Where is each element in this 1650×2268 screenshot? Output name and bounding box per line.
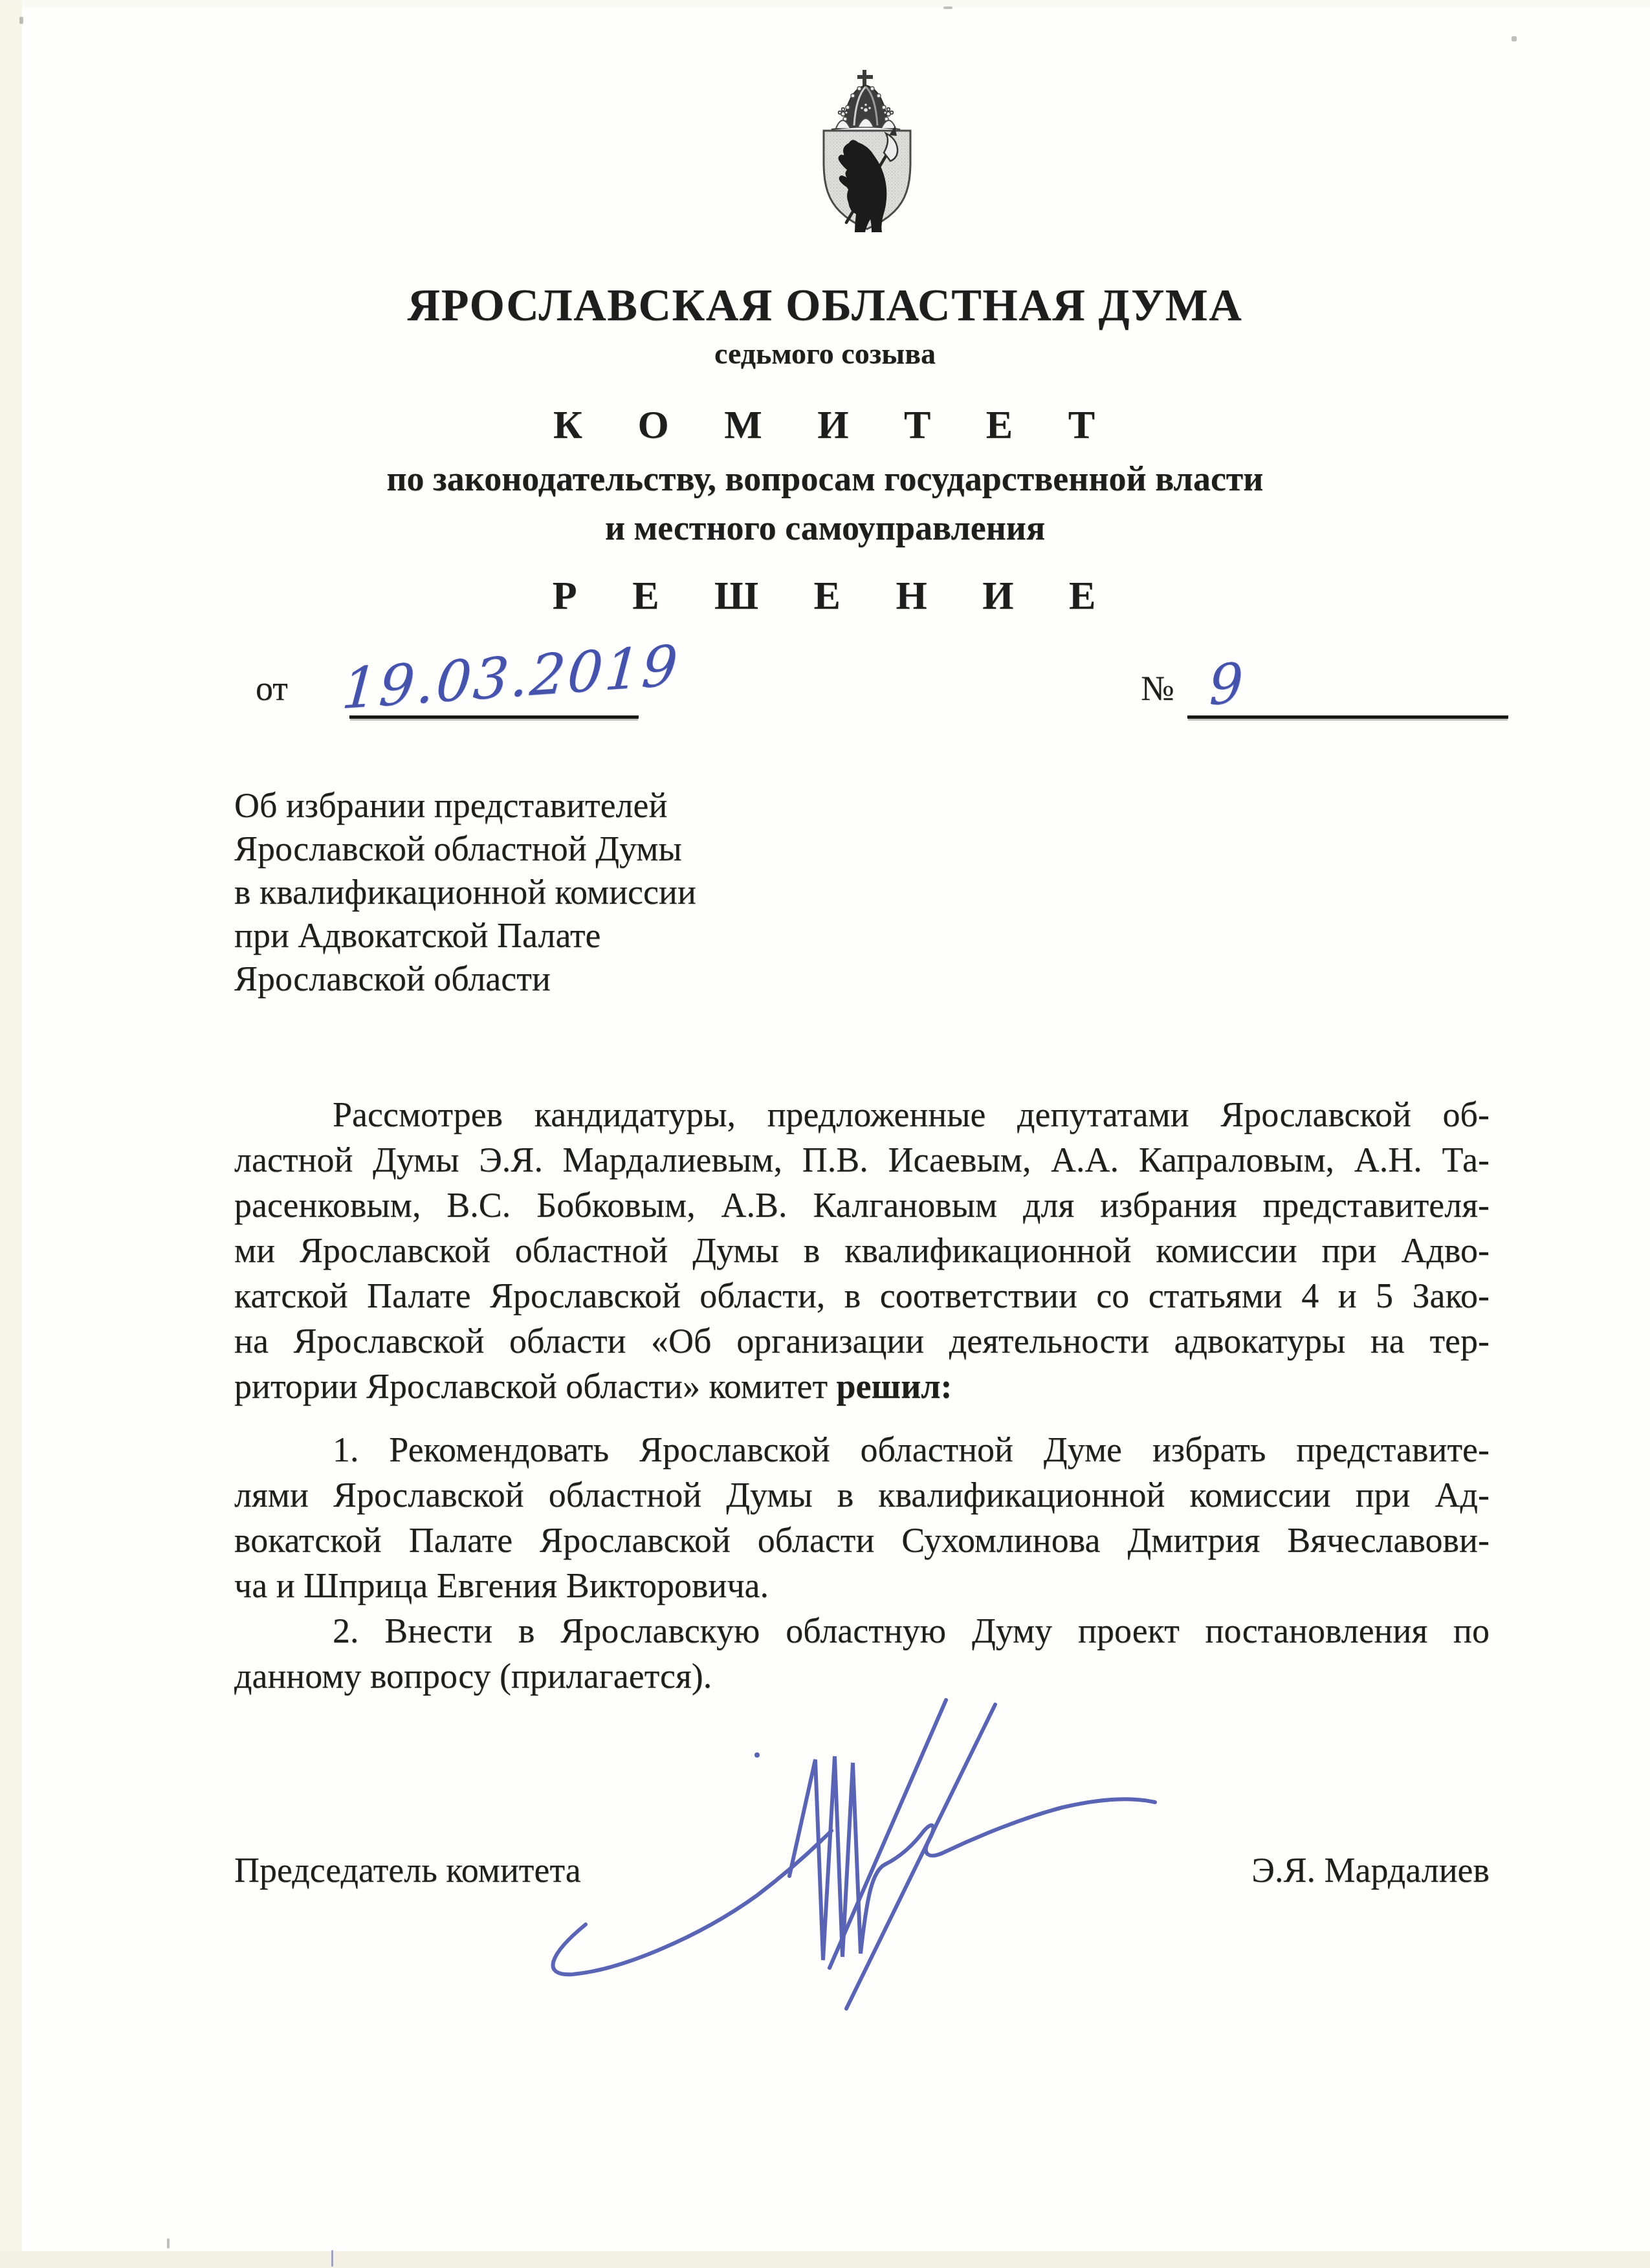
scanned-document-page: ЯРОСЛАВСКАЯ ОБЛАСТНАЯ ДУМА седьмого созы… [0,0,1650,2268]
paper-edge-top [0,0,1650,8]
document-type-title: Р Е Ш Е Н И Е [0,573,1650,618]
preamble-paragraph: Рассмотрев кандидатуры, предложенные деп… [234,1092,1490,1364]
scan-speck [943,6,952,9]
subject-block: Об избрании представителейЯрославской об… [234,784,1075,1001]
text-line: 2. Внести в Ярославскую областную Думу п… [234,1608,1490,1653]
committee-description-line: и местного самоуправления [0,503,1650,552]
text-line: Ярославской областной Думы [234,827,1075,871]
text-line: при Адвокатской Палате [234,914,1075,957]
paper-edge-bottom [0,2251,1650,2268]
scan-speck [167,2238,170,2249]
date-label: от [256,668,288,709]
text-line: на Ярославской области «Об организации д… [234,1318,1490,1364]
text-line: ча и Шприца Евгения Викторовича. [234,1563,1490,1608]
text-line: вокатской Палате Ярославской области Сух… [234,1518,1490,1563]
scan-speck [19,17,23,24]
resolved-word: решил: [837,1367,952,1406]
text-line: Ярославской области [234,957,1075,1001]
committee-description-line: по законодательству, вопросам государств… [0,454,1650,503]
text-line: Рассмотрев кандидатуры, предложенные деп… [234,1092,1490,1137]
committee-title: К О М И Т Е Т [0,402,1650,448]
scan-speck [1512,36,1517,41]
organization-title: ЯРОСЛАВСКАЯ ОБЛАСТНАЯ ДУМА [0,283,1650,329]
coat-of-arms-icon [817,69,918,242]
committee-description: по законодательству, вопросам государств… [0,454,1650,552]
text-line: расенковым, В.С. Бобковым, А.В. Калганов… [234,1183,1490,1228]
text-line: катской Палате Ярославской области, в со… [234,1273,1490,1318]
scan-speck [331,2250,333,2267]
preamble-last-line: ритории Ярославской области» комитет реш… [234,1364,1490,1409]
text-line: 1. Рекомендовать Ярославской областной Д… [234,1427,1490,1472]
text-line: Об избрании представителей [234,784,1075,827]
number-underline [1187,715,1508,719]
text-line: ми Ярославской областной Думы в квалифик… [234,1228,1490,1273]
signer-name: Э.Я. Мардалиев [1251,1848,1490,1893]
preamble-last-line-text: ритории Ярославской области» комитет [234,1367,837,1406]
text-line: лями Ярославской областной Думы в квалиф… [234,1472,1490,1518]
decision-item-1: 1. Рекомендовать Ярославской областной Д… [234,1427,1490,1608]
text-line: в квалификационной комиссии [234,871,1075,914]
text-line: ластной Думы Э.Я. Мардалиевым, П.В. Исае… [234,1137,1490,1183]
signature-scribble-icon [453,1682,1197,2018]
number-handwritten: 9 [1209,646,1286,717]
date-handwritten: 19.03.2019 [340,637,635,722]
number-label: № [1141,668,1174,709]
convocation-subtitle: седьмого созыва [0,337,1650,371]
